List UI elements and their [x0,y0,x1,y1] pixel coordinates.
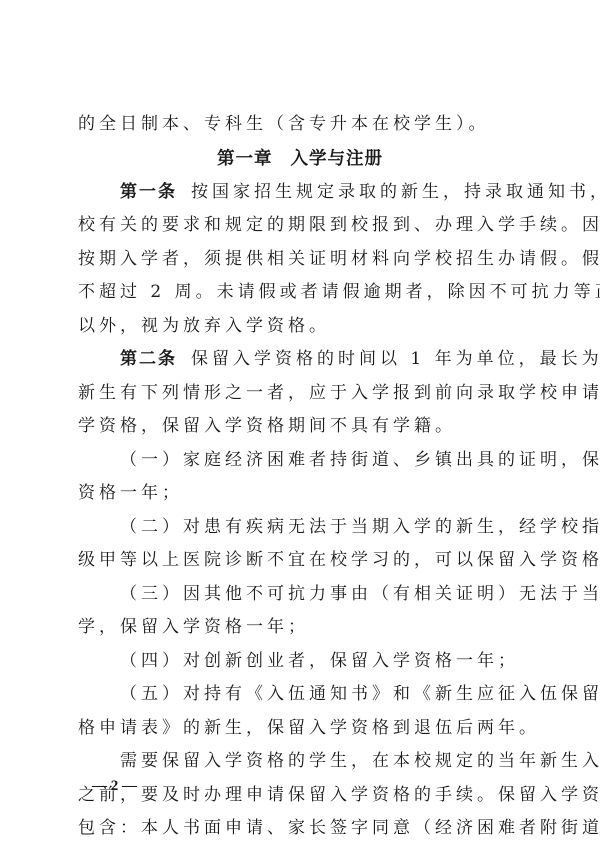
chapter-title: 入学与注册 [291,149,384,169]
item3-line-2: 学，保留入学资格一年； [78,611,522,645]
intro-line: 的全日制本、专科生（含专升本在校学生）。 [78,108,522,142]
article2-label: 第二条 [120,349,177,369]
item2-line-2: 级甲等以上医院诊断不宜在校学习的，可以保留入学资格一年； [78,544,522,578]
item1-line-1: （一）家庭经济困难者持街道、乡镇出具的证明，保留入学 [78,444,522,478]
item5-line-1: （五）对持有《入伍通知书》和《新生应征入伍保留入学资 [78,678,522,712]
article2-line-1: 第二条保留入学资格的时间以 1 年为单位，最长为 2 年。 [78,343,522,377]
closing-line-3: 包含：本人书面申请、家长签字同意（经济困难者附街道办事处 [78,812,522,846]
article1-line-2: 校有关的要求和规定的期限到校报到、办理入学手续。因故不能 [78,209,522,243]
chapter-heading: 第一章入学与注册 [78,142,522,176]
item1-line-2: 资格一年； [78,477,522,511]
article1-line-4: 不超过 2 周。未请假或者请假逾期者，除因不可抗力等正当事由 [78,276,522,310]
article1-line-5: 以外，视为放弃入学资格。 [78,310,522,344]
closing-line-1: 需要保留入学资格的学生，在本校规定的当年新生入学报到 [78,745,522,779]
item5-line-2: 格申请表》的新生，保留入学资格到退伍后两年。 [78,712,522,746]
item3-line-1: （三）因其他不可抗力事由（有相关证明）无法于当学期入 [78,578,522,612]
item2-line-1: （二）对患有疾病无法于当期入学的新生，经学校指定的二 [78,511,522,545]
article2-line-3: 学资格，保留入学资格期间不具有学籍。 [78,410,522,444]
page-number: — 2 — [92,778,137,795]
article2-line-2: 新生有下列情形之一者，应于入学报到前向录取学校申请保留入 [78,377,522,411]
document-page: 的全日制本、专科生（含专升本在校学生）。 第一章入学与注册 第一条按国家招生规定… [78,108,522,846]
chapter-number: 第一章 [217,149,273,169]
closing-line-2: 之前，要及时办理申请保留入学资格的手续。保留入学资格手续 [78,779,522,813]
item4-line-1: （四）对创新创业者，保留入学资格一年； [78,645,522,679]
article1-line-1: 第一条按国家招生规定录取的新生，持录取通知书，按学 [78,176,522,210]
article1-label: 第一条 [120,182,177,202]
article1-line-3: 按期入学者，须提供相关证明材料向学校招生办请假。假期一般 [78,243,522,277]
